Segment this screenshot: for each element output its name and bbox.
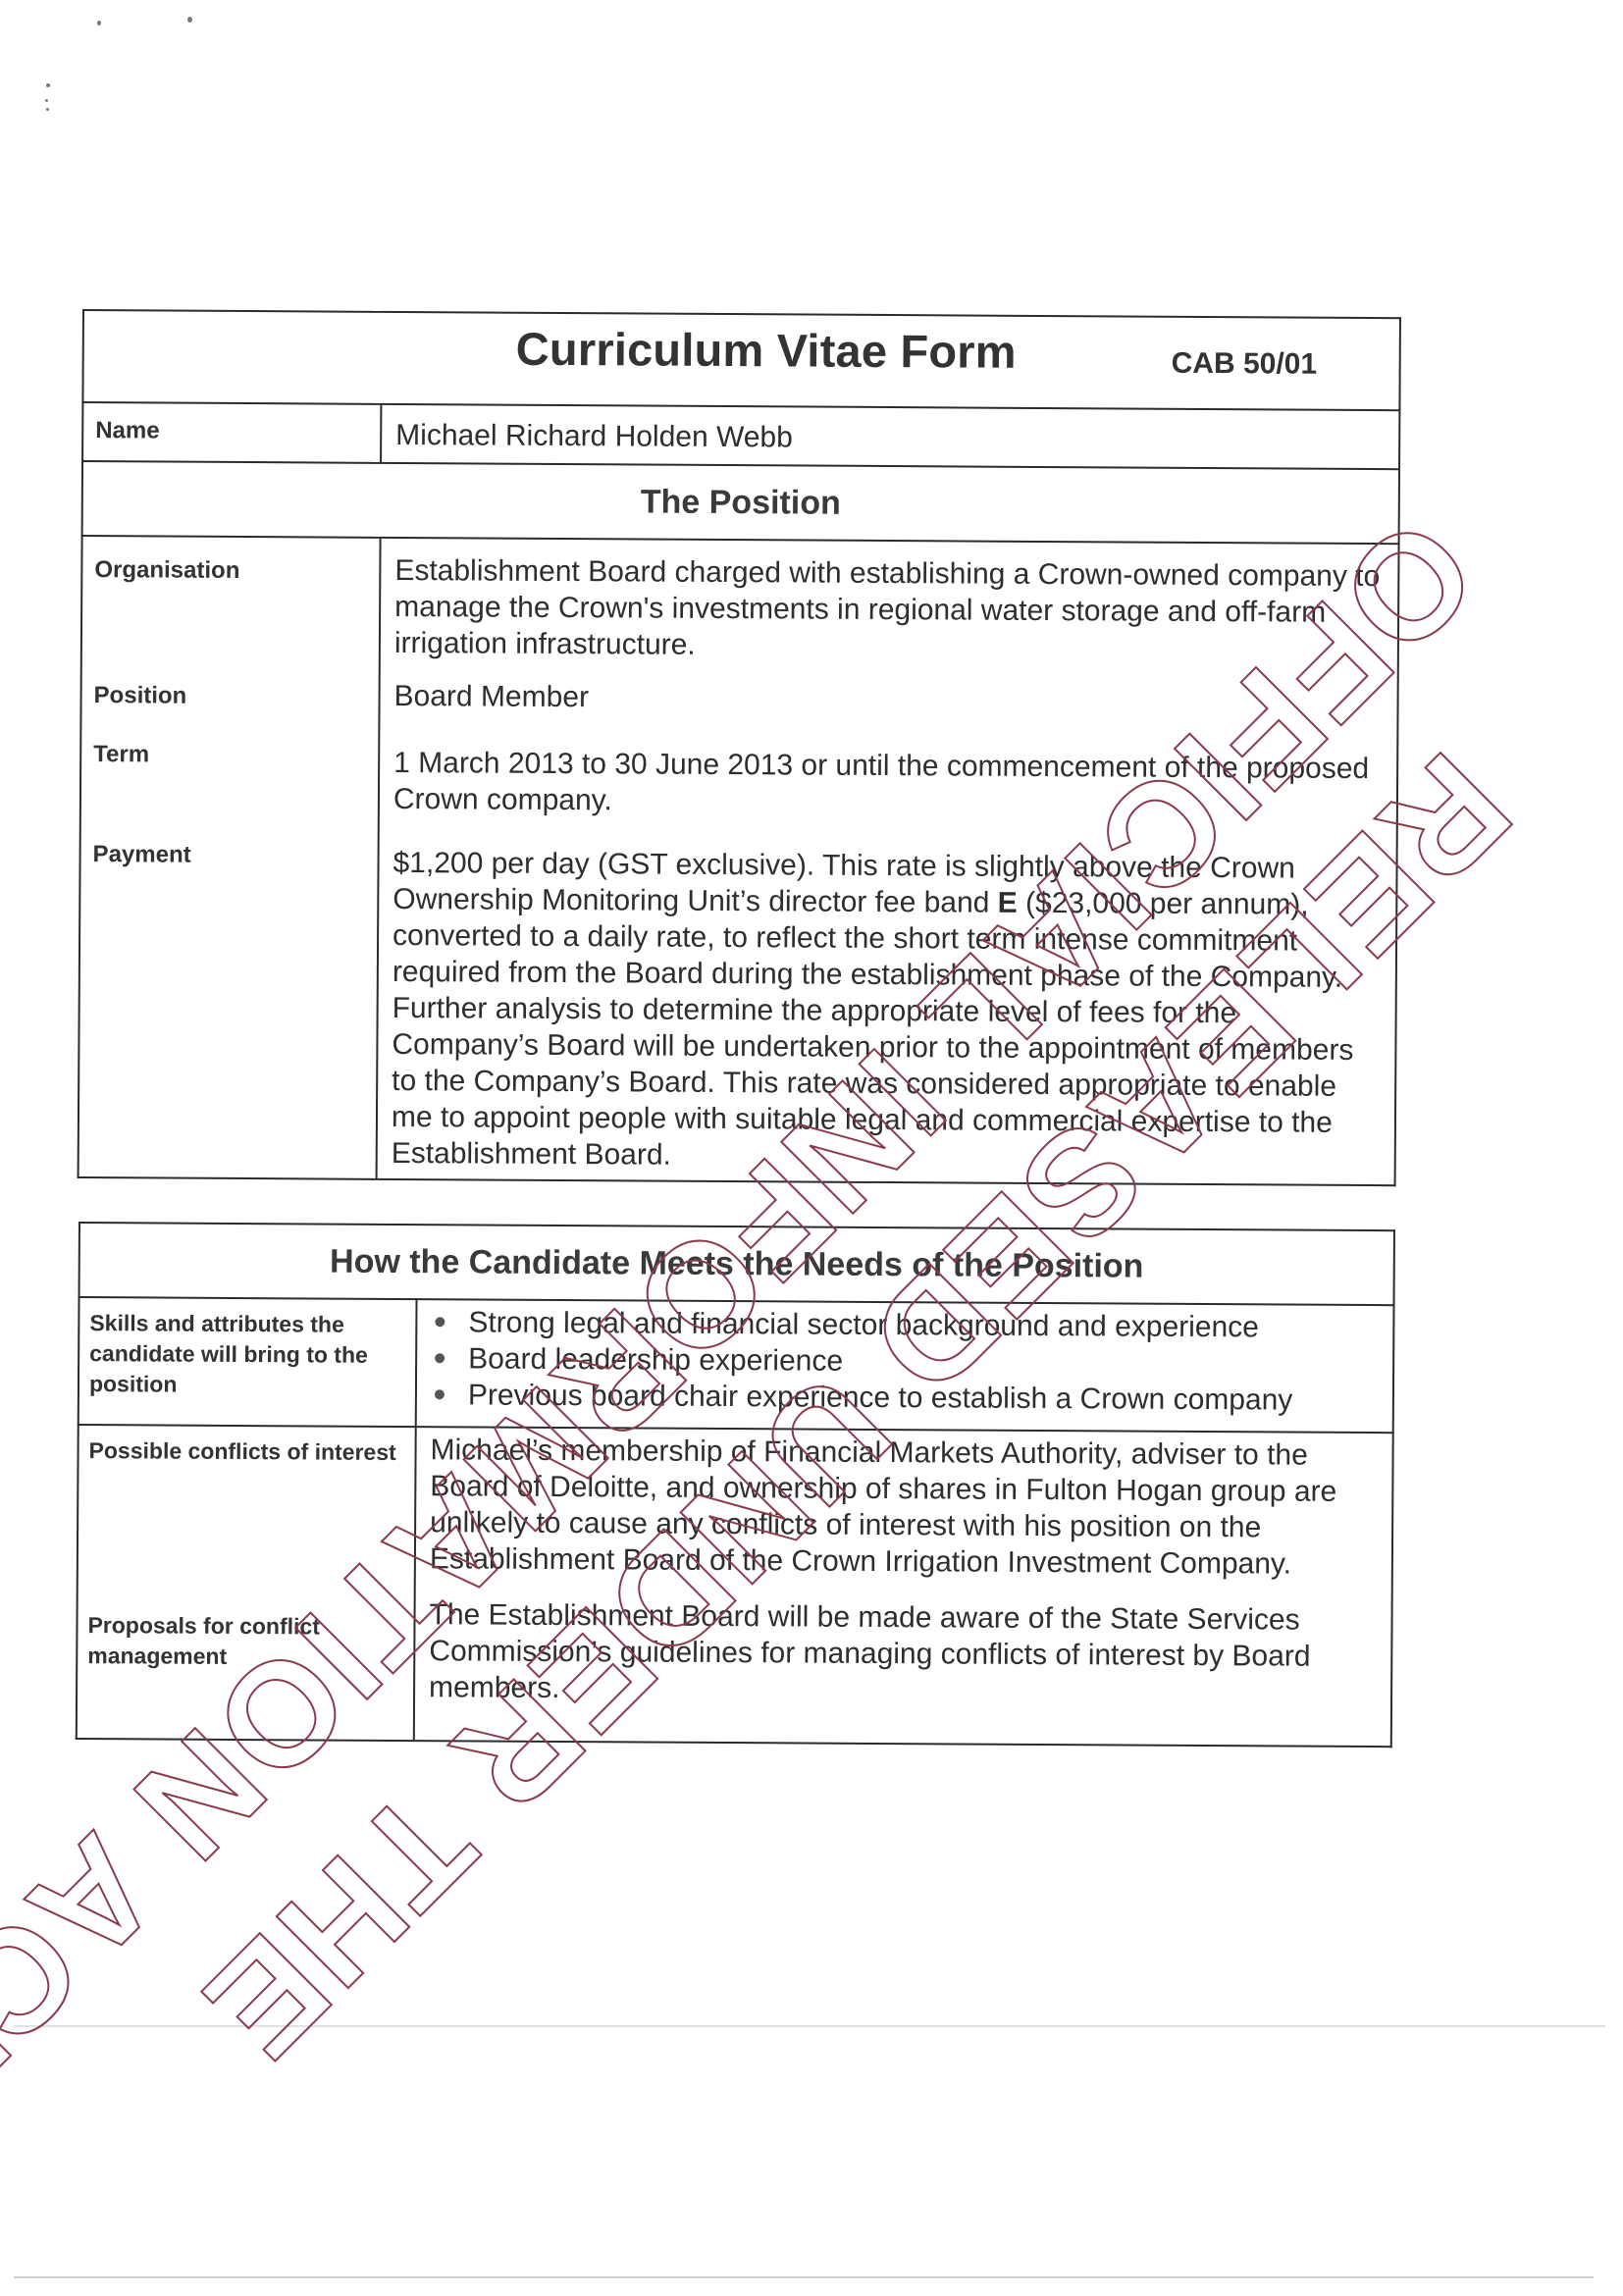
scan-speck (46, 83, 50, 87)
skills-value-cell: Strong legal and financial sector backgr… (416, 1299, 1394, 1433)
position-label: Position (93, 680, 366, 741)
scan-speck (45, 99, 48, 102)
payment-label: Payment (93, 839, 366, 871)
organisation-label: Organisation (94, 554, 368, 682)
scan-edge-line (14, 2276, 1594, 2278)
position-labels-cell: Organisation Position Term Payment (79, 536, 381, 1179)
position-value: Board Member (393, 678, 1385, 733)
form-title-cell: Curriculum Vitae Form CAB 50/01 (82, 310, 1400, 410)
candidate-section-heading: How the Candidate Meets the Needs of the… (79, 1223, 1394, 1305)
candidate-table: How the Candidate Meets the Needs of the… (76, 1222, 1395, 1748)
form-reference: CAB 50/01 (1172, 347, 1318, 382)
form-title: Curriculum Vitae Form (516, 322, 1017, 379)
term-label: Term (93, 739, 367, 841)
name-label-cell: Name (82, 402, 381, 463)
scan-edge-line (14, 2025, 1605, 2027)
payment-fee-band: E (998, 887, 1018, 919)
scan-speck (187, 17, 192, 23)
term-value: 1 March 2013 to 30 June 2013 or until th… (393, 745, 1385, 833)
payment-text-part: ($23,000 per annum), converted to a dail… (392, 887, 1354, 1172)
skills-list-item: Board leadership experience (468, 1340, 1392, 1383)
proposals-value: The Establishment Board will be made awa… (415, 1596, 1391, 1711)
skills-label: Skills and attributes the candidate will… (79, 1298, 416, 1401)
conflicts-label: Possible conflicts of interest (79, 1426, 415, 1612)
conflicts-value: Michael’s membership of Financial Market… (416, 1428, 1392, 1602)
name-value-cell: Michael Richard Holden Webb (381, 404, 1399, 469)
conflict-values-cell: Michael’s membership of Financial Market… (414, 1427, 1393, 1747)
payment-value: $1,200 per day (GST exclusive). This rat… (392, 845, 1385, 1177)
position-section-heading: The Position (82, 461, 1399, 544)
skills-list-item: Previous board chair experience to estab… (468, 1377, 1392, 1419)
name-label: Name (83, 403, 380, 447)
skills-label-cell: Skills and attributes the candidate will… (79, 1297, 417, 1427)
position-values-cell: Establishment Board charged with establi… (377, 538, 1399, 1185)
scan-speck (97, 21, 101, 26)
conflict-labels-cell: Possible conflicts of interest Proposals… (77, 1425, 416, 1741)
name-value: Michael Richard Holden Webb (382, 405, 1398, 459)
position-table: Curriculum Vitae Form CAB 50/01 Name Mic… (78, 309, 1401, 1186)
skills-list: Strong legal and financial sector backgr… (417, 1304, 1393, 1419)
proposals-label: Proposals for conflict management (78, 1610, 413, 1673)
scan-speck (46, 108, 49, 111)
skills-list-item: Strong legal and financial sector backgr… (468, 1304, 1392, 1346)
organisation-value: Establishment Board charged with establi… (394, 552, 1387, 666)
